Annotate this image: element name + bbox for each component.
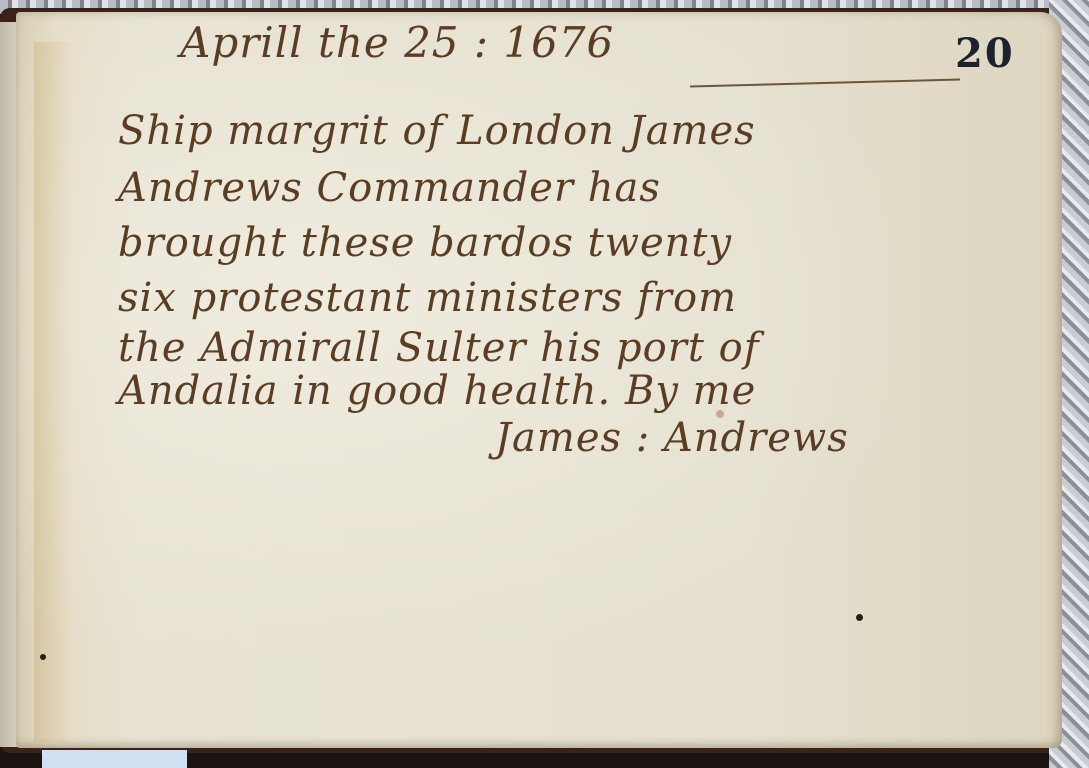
- ink-spot: [40, 654, 46, 660]
- text-line: Andalia in good health. By me: [118, 368, 756, 414]
- text-line: the Admirall Sulter his port of: [118, 325, 760, 371]
- background-object: [42, 750, 187, 768]
- page-number: 20: [955, 30, 1015, 77]
- text-line: Andrews Commander has: [118, 165, 661, 211]
- text-line: brought these bardos twenty: [118, 220, 732, 266]
- signature: James : Andrews: [495, 415, 849, 461]
- foxing-spot: [716, 410, 724, 418]
- ink-spot: [856, 614, 863, 621]
- text-line: Ship margrit of London James: [118, 108, 756, 154]
- gutter-stain: [34, 42, 74, 742]
- text-line: six protestant ministers from: [118, 275, 737, 321]
- date-line: Aprill the 25 : 1676: [180, 18, 614, 67]
